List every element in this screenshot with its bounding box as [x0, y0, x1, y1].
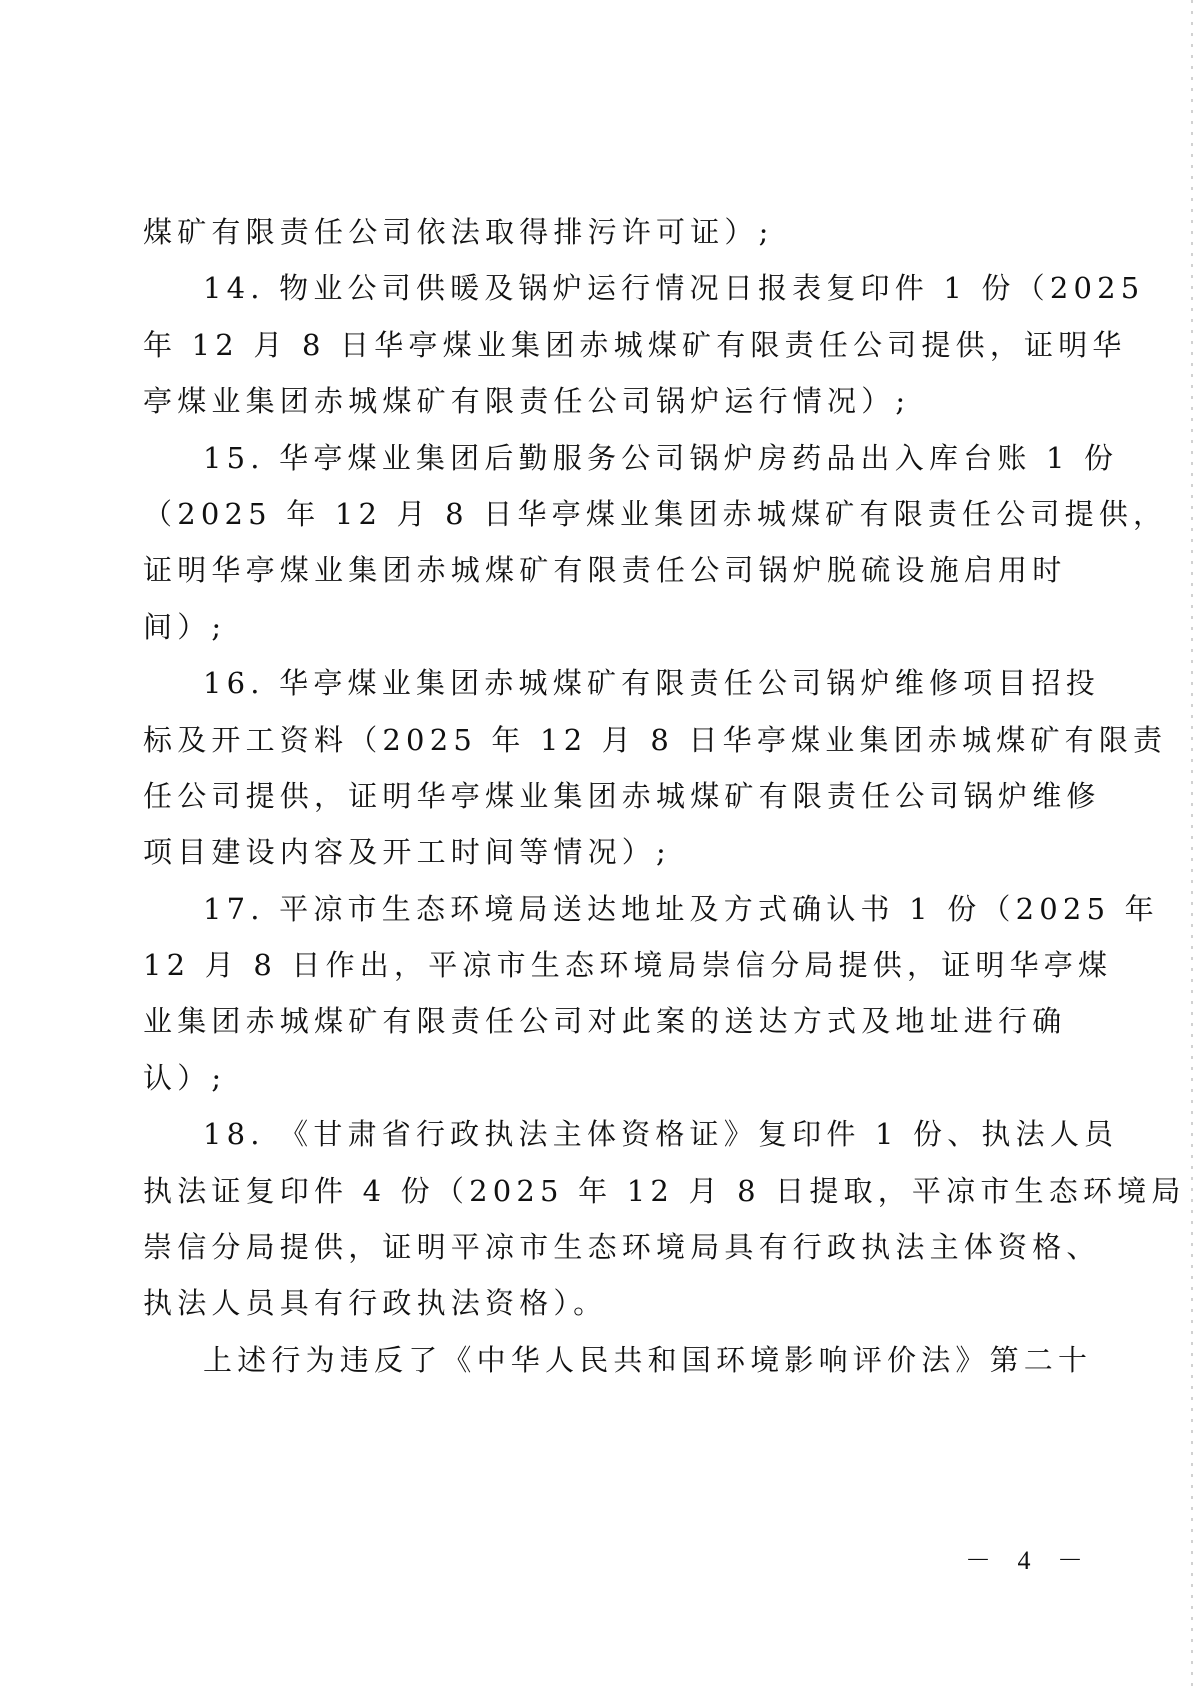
text-line: 上述行为违反了《中华人民共和国环境影响评价法》第二十 — [143, 1336, 961, 1392]
text-line: 16. 华亭煤业集团赤城煤矿有限责任公司锅炉维修项目招投 — [143, 659, 961, 715]
scan-edge-divider — [1191, 0, 1193, 1694]
text-line: 18. 《甘肃省行政执法主体资格证》复印件 1 份、执法人员 — [143, 1110, 961, 1166]
text-line: 15. 华亭煤业集团后勤服务公司锅炉房药品出入库台账 1 份 — [143, 434, 961, 490]
text-line: （2025 年 12 月 8 日华亭煤业集团赤城煤矿有限责任公司提供， — [143, 490, 961, 546]
text-line: 17. 平凉市生态环境局送达地址及方式确认书 1 份（2025 年 — [143, 885, 961, 941]
text-line: 煤矿有限责任公司依法取得排污许可证）; — [143, 208, 961, 264]
text-line: 12 月 8 日作出，平凉市生态环境局崇信分局提供，证明华亭煤 — [143, 941, 961, 997]
text-line: 亭煤业集团赤城煤矿有限责任公司锅炉运行情况）; — [143, 377, 961, 433]
document-body: 煤矿有限责任公司依法取得排污许可证）; 14. 物业公司供暖及锅炉运行情况日报表… — [143, 208, 961, 1392]
document-page: 煤矿有限责任公司依法取得排污许可证）; 14. 物业公司供暖及锅炉运行情况日报表… — [0, 0, 1200, 1694]
text-line: 14. 物业公司供暖及锅炉运行情况日报表复印件 1 份（2025 — [143, 264, 961, 320]
text-line: 执法证复印件 4 份（2025 年 12 月 8 日提取，平凉市生态环境局 — [143, 1167, 961, 1223]
page-number: － 4 － — [965, 1540, 1093, 1577]
text-line: 认）; — [143, 1054, 961, 1110]
text-line: 间）; — [143, 603, 961, 659]
text-line: 业集团赤城煤矿有限责任公司对此案的送达方式及地址进行确 — [143, 997, 961, 1053]
text-line: 崇信分局提供，证明平凉市生态环境局具有行政执法主体资格、 — [143, 1223, 961, 1279]
text-line: 任公司提供，证明华亭煤业集团赤城煤矿有限责任公司锅炉维修 — [143, 772, 961, 828]
text-line: 年 12 月 8 日华亭煤业集团赤城煤矿有限责任公司提供，证明华 — [143, 321, 961, 377]
text-line: 项目建设内容及开工时间等情况）; — [143, 828, 961, 884]
text-line: 执法人员具有行政执法资格）。 — [143, 1279, 961, 1335]
text-line: 证明华亭煤业集团赤城煤矿有限责任公司锅炉脱硫设施启用时 — [143, 546, 961, 602]
text-line: 标及开工资料（2025 年 12 月 8 日华亭煤业集团赤城煤矿有限责 — [143, 716, 961, 772]
